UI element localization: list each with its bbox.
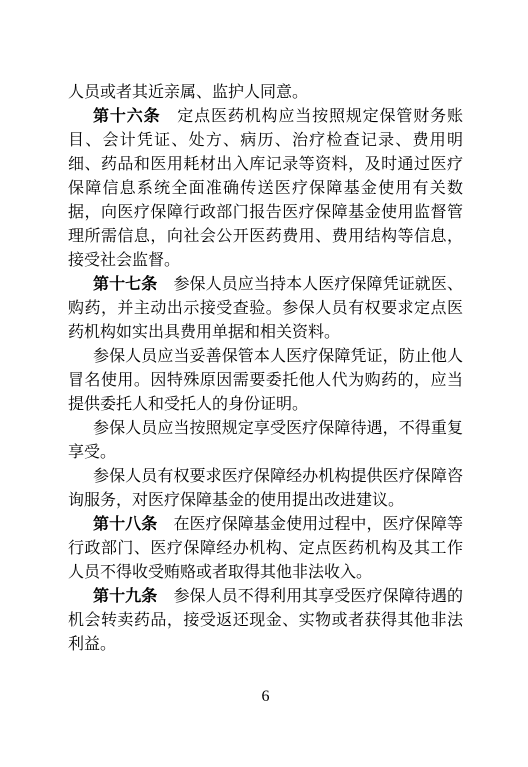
document-body: 人员或者其近亲属、监护人同意。第十六条 定点医药机构应当按照规定保管财务账目、会… (68, 81, 463, 657)
paragraph-text: 人员或者其近亲属、监护人同意。 (68, 84, 308, 101)
paragraph: 第十九条 参保人员不得利用其享受医疗保障待遇的机会转卖药品，接受返还现金、实物或… (68, 585, 463, 657)
article-number: 第十八条 (93, 516, 157, 533)
paragraph: 参保人员有权要求医疗保障经办机构提供医疗保障咨询服务，对医疗保障基金的使用提出改… (68, 465, 463, 513)
paragraph: 参保人员应当妥善保管本人医疗保障凭证，防止他人冒名使用。因特殊原因需要委托他人代… (68, 345, 463, 417)
document-page: 人员或者其近亲属、监护人同意。第十六条 定点医药机构应当按照规定保管财务账目、会… (0, 0, 528, 767)
article-number: 第十九条 (93, 588, 157, 605)
paragraph-text: 参保人员应当妥善保管本人医疗保障凭证，防止他人冒名使用。因特殊原因需要委托他人代… (68, 348, 463, 413)
page-footer: 6 (68, 687, 463, 707)
paragraph: 第十六条 定点医药机构应当按照规定保管财务账目、会计凭证、处方、病历、治疗检查记… (68, 105, 463, 273)
paragraph: 人员或者其近亲属、监护人同意。 (68, 81, 463, 105)
paragraph: 第十八条 在医疗保障基金使用过程中，医疗保障等行政部门、医疗保障经办机构、定点医… (68, 513, 463, 585)
paragraph: 参保人员应当按照规定享受医疗保障待遇，不得重复享受。 (68, 417, 463, 465)
page-number: 6 (262, 687, 270, 707)
paragraph-text: 定点医药机构应当按照规定保管财务账目、会计凭证、处方、病历、治疗检查记录、费用明… (68, 108, 463, 269)
article-number: 第十七条 (93, 276, 157, 293)
paragraph-text: 参保人员有权要求医疗保障经办机构提供医疗保障咨询服务，对医疗保障基金的使用提出改… (68, 468, 463, 509)
paragraph-text: 参保人员应当按照规定享受医疗保障待遇，不得重复享受。 (68, 420, 463, 461)
paragraph: 第十七条 参保人员应当持本人医疗保障凭证就医、购药，并主动出示接受查验。参保人员… (68, 273, 463, 345)
article-number: 第十六条 (93, 108, 160, 125)
